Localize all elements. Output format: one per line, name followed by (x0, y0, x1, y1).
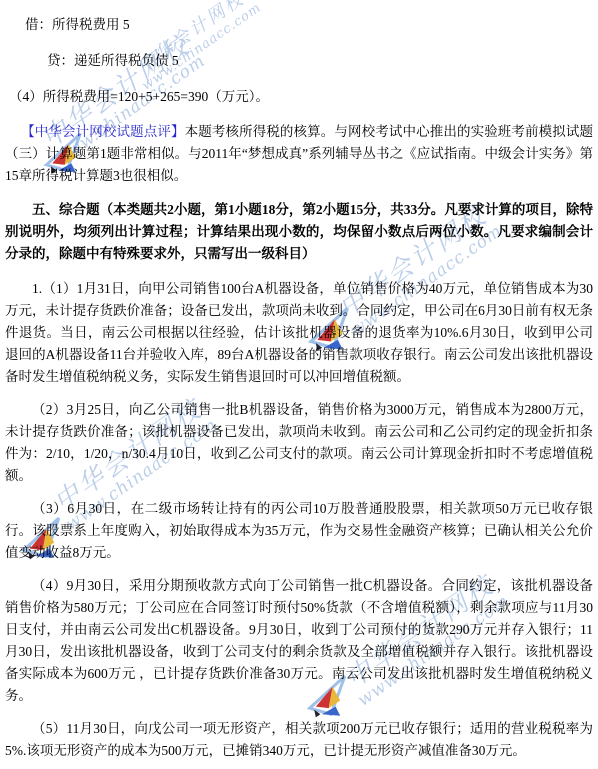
question-item-5: （5）11月30日，向戊公司一项无形资产，相关款项200万元已收存银行；适用的营… (5, 718, 593, 762)
question-item-2: （2）3月25日，向乙公司销售一批B机器设备，销售价格为3000万元，销售成本为… (5, 399, 593, 487)
question-item-3: （3）6月30日，在二级市场转让持有的丙公司10万股普通股股票，相关款项50万元… (5, 498, 593, 564)
review-comment-paragraph: 【中华会计网校试题点评】本题考核所得税的核算。与网校考试中心推出的实验班考前模拟… (5, 121, 593, 187)
document-page: 中华会计网校 www.chinaacc.com 中华会计网校 www.china… (0, 0, 598, 769)
section-header-comprehensive-questions: 五、综合题（本类题共2小题，第1小题18分，第2小题15分，共33分。凡要求计算… (5, 199, 593, 265)
journal-entry-credit: 贷：递延所得税负债 5 (47, 50, 593, 72)
question-item-4: （4）9月30日，采用分期预收款方式向丁公司销售一批C机器设备。合同约定，该批机… (5, 575, 593, 707)
tax-expense-calculation: （4）所得税费用=120+5+265=390（万元）。 (5, 86, 593, 108)
journal-entry-debit: 借：所得税费用 5 (25, 14, 593, 36)
document-content: 借：所得税费用 5 贷：递延所得税负债 5 （4）所得税费用=120+5+265… (5, 14, 593, 762)
question-item-1: 1.（1）1月31日，向甲公司销售100台A机器设备，单位销售价格为40万元，单… (5, 278, 593, 388)
review-comment-label: 【中华会计网校试题点评】 (21, 124, 184, 139)
